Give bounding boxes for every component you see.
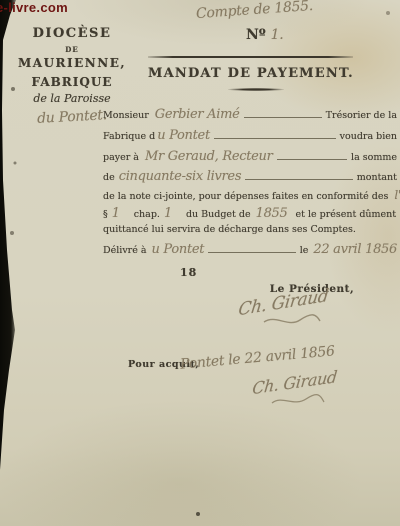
document-title: MANDAT DE PAYEMENT. xyxy=(148,66,353,81)
line4-end: montant xyxy=(357,172,397,183)
horizontal-rule xyxy=(148,56,353,58)
line7-printed: quittancé lui servira de décharge dans s… xyxy=(103,224,356,235)
blank-line xyxy=(245,178,353,180)
delivre-label: Délivré à xyxy=(103,245,147,256)
letterhead-diocese: DIOCÈSE xyxy=(16,26,128,41)
acquit-text-handwritten: Pontet le 22 avril 1856 xyxy=(180,343,336,372)
delivery-date-handwritten: 22 avril 1856 xyxy=(313,242,397,257)
number-value-handwritten: 1. xyxy=(271,27,284,43)
document-scan: e-livre.com Compte de 1855. DIOCÈSE DE M… xyxy=(0,0,400,526)
line6-end: et le présent dûment xyxy=(295,209,396,220)
form-line-fabrique: Fabrique d u Pontet voudra bien xyxy=(103,128,397,143)
watermark-text: e-livre.com xyxy=(0,0,68,15)
le-label: le xyxy=(300,245,309,256)
signature-flourish xyxy=(270,392,326,408)
fabrique-value-handwritten: u Pontet xyxy=(157,128,210,143)
number-label: Nº xyxy=(246,27,266,43)
de-label: de xyxy=(103,172,115,183)
blank-line xyxy=(208,251,296,253)
ornament-rule xyxy=(228,88,284,91)
amount-handwritten: cinquante-six livres xyxy=(119,169,241,184)
payer-label: payer à xyxy=(103,152,139,163)
line1-end: Trésorier de la xyxy=(326,110,397,121)
payee-handwritten: Mr Geraud, Recteur xyxy=(145,149,273,164)
line2-end: voudra bien xyxy=(340,131,397,142)
form-line-payee: payer à Mr Geraud, Recteur la somme xyxy=(103,149,397,164)
fabrique-label: Fabrique d xyxy=(103,131,155,142)
section-value-handwritten: 1 xyxy=(112,206,120,221)
blank-line xyxy=(214,137,336,139)
treasurer-name-handwritten: Gerbier Aimé xyxy=(155,107,240,122)
letterhead-de: DE xyxy=(16,45,128,54)
form-line-conformity: de la note ci-jointe, pour dépenses fait… xyxy=(103,188,397,202)
form-line-budget: § 1 chap. 1 du Budget de 1855 et le prés… xyxy=(103,206,397,221)
line3-end: la somme xyxy=(351,152,397,163)
budget-label: du Budget de xyxy=(186,209,251,220)
budget-year-handwritten: 1855 xyxy=(256,206,288,221)
form-line-treasurer: Monsieur Gerbier Aimé Trésorier de la xyxy=(103,107,397,122)
page-number: 18 xyxy=(180,266,197,279)
delivery-place-handwritten: u Pontet xyxy=(152,242,205,257)
account-year-handwritten: Compte de 1855. xyxy=(196,0,314,22)
monsieur-label: Monsieur xyxy=(103,110,149,121)
letterhead-maurienne: MAURIENNE, xyxy=(16,56,128,70)
blank-line xyxy=(244,116,322,118)
chap-label: chap. xyxy=(134,209,160,220)
signature-flourish xyxy=(262,312,322,328)
chap-value-handwritten: 1 xyxy=(164,206,172,221)
article-handwritten: l'art 1er & 4 xyxy=(394,188,400,202)
form-line-amount: de cinquante-six livres montant xyxy=(103,169,397,184)
letterhead-fabrique: FABRIQUE xyxy=(16,75,128,89)
line5-printed: de la note ci-jointe, pour dépenses fait… xyxy=(103,191,388,202)
section-label: § xyxy=(103,209,108,220)
form-line-quittance: quittancé lui servira de décharge dans s… xyxy=(103,224,397,235)
blank-line xyxy=(277,158,348,160)
letterhead-paroisse: de la Paroisse xyxy=(16,92,128,105)
document-number: Nº 1. xyxy=(246,27,283,43)
form-line-delivery: Délivré à u Pontet le 22 avril 1856 xyxy=(103,242,397,257)
